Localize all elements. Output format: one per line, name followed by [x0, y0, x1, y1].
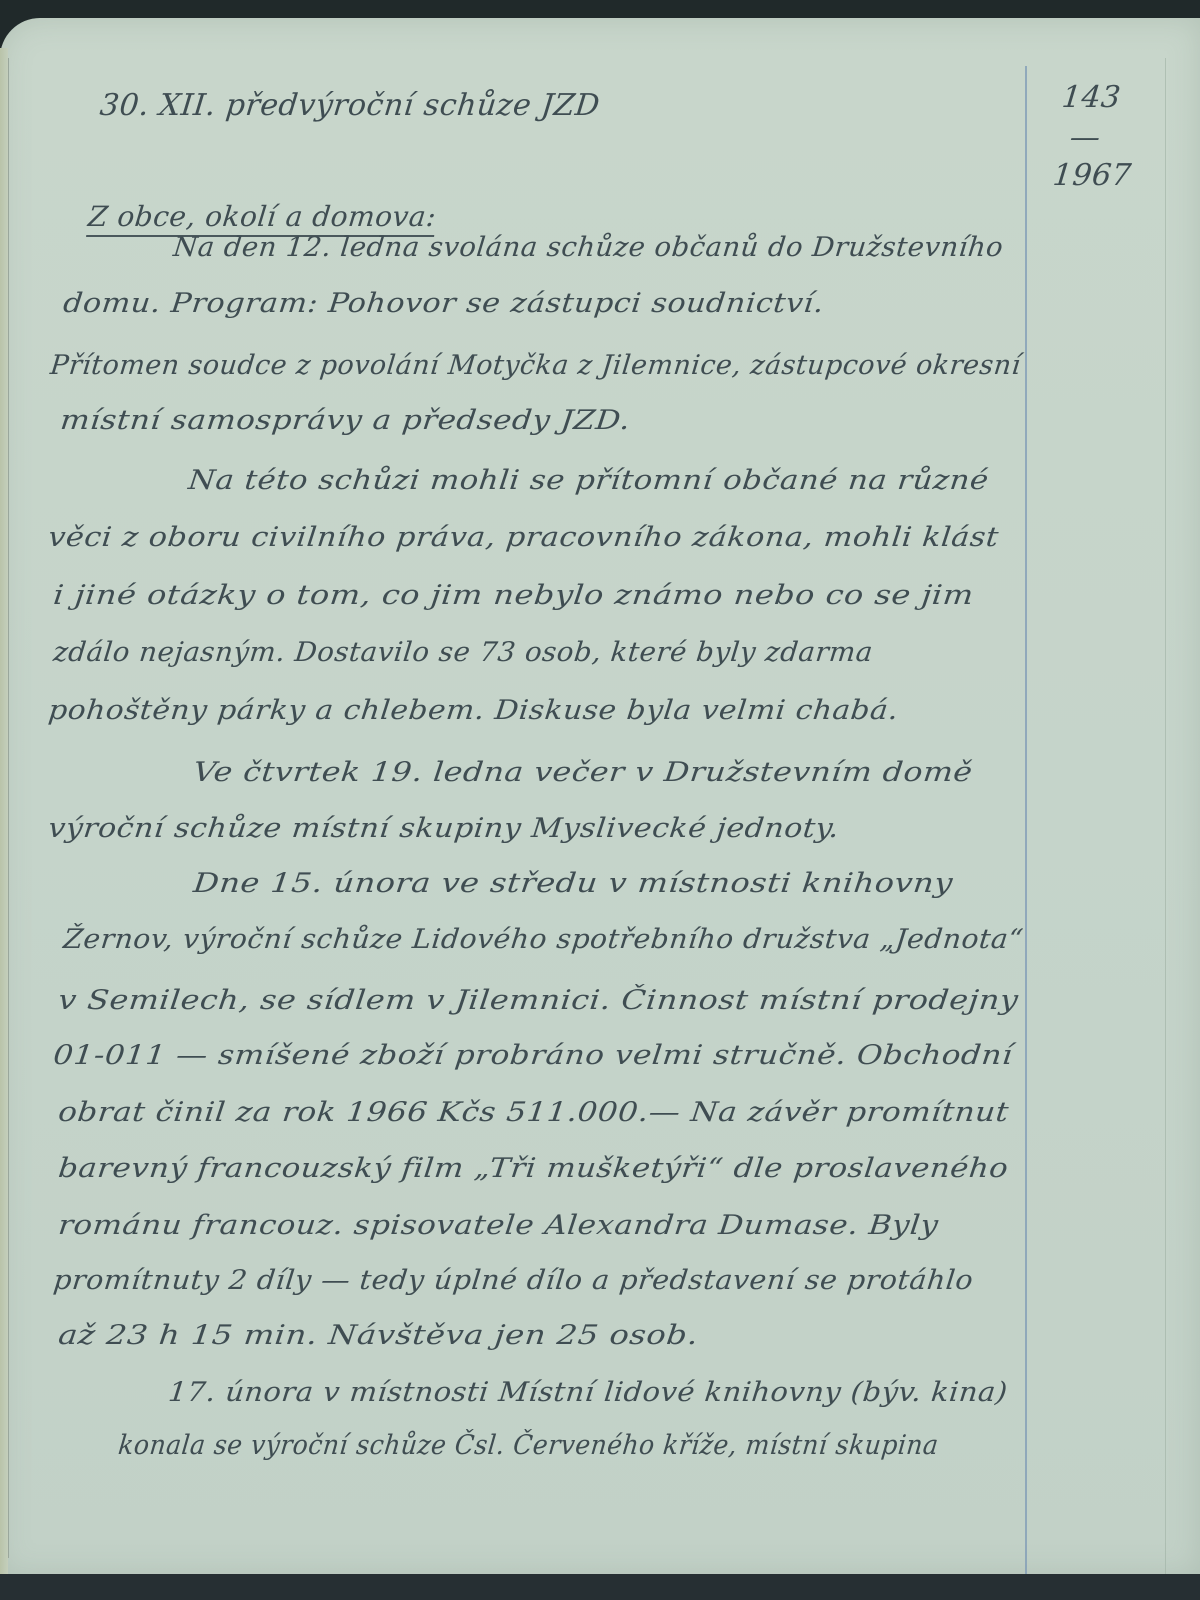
page-number-separator: —	[1068, 120, 1102, 155]
text-line: Přítomen soudce z povolání Motyčka z Jil…	[49, 350, 1023, 381]
margin-rule	[1025, 66, 1027, 1576]
text-line: věci z oboru civilního práva, pracovního…	[47, 522, 1001, 553]
outer-rule	[1165, 58, 1166, 1578]
text-line: domu. Program: Pohovor se zástupci soudn…	[62, 288, 826, 319]
text-line: i jiné otázky o tom, co jim nebylo známo…	[52, 580, 975, 611]
text-line: 17. února v místnosti Místní lidové knih…	[167, 1377, 1009, 1408]
text-line: románu francouz. spisovatele Alexandra D…	[57, 1210, 940, 1241]
text-line: až 23 h 15 min. Návštěva jen 25 osob.	[57, 1320, 700, 1351]
text-line: konala se výroční schůze Čsl. Červeného …	[117, 1430, 940, 1461]
spine-line	[8, 58, 9, 1558]
text-line: promítnuty 2 díly — tedy úplné dílo a př…	[52, 1265, 975, 1296]
text-line: Na den 12. ledna svolána schůze občanů d…	[172, 232, 1005, 263]
text-line: místní samosprávy a předsedy JZD.	[59, 405, 632, 436]
page-number: 143	[1060, 80, 1122, 115]
text-line: Ve čtvrtek 19. ledna večer v Družstevním…	[192, 757, 974, 788]
text-line: výroční schůze místní skupiny Myslivecké…	[47, 813, 841, 844]
chronicle-year: 1967	[1051, 158, 1133, 193]
chronicle-page: 143 — 1967 30. XII. předvýroční schůze J…	[0, 18, 1200, 1576]
text-line: Na této schůzi mohli se přítomní občané …	[187, 465, 991, 496]
entry-heading: 30. XII. předvýroční schůze JZD	[98, 88, 601, 123]
text-line: 01-011 — smíšené zboží probráno velmi st…	[52, 1040, 1014, 1071]
text-line: zdálo nejasným. Dostavilo se 73 osob, kt…	[52, 637, 875, 668]
text-line: barevný francouzský film „Tři mušketýři“…	[57, 1153, 1010, 1184]
text-line: Dne 15. února ve středu v místnosti knih…	[192, 868, 955, 899]
text-line: obrat činil za rok 1966 Kčs 511.000.— Na…	[57, 1097, 1011, 1128]
text-line: pohoštěny párky a chlebem. Diskuse byla …	[47, 695, 900, 726]
page-bottom-edge	[0, 1574, 1200, 1600]
text-line: Žernov, výroční schůze Lidového spotřebn…	[62, 924, 1025, 955]
text-line: v Semilech, se sídlem v Jilemnici. Činno…	[57, 985, 1020, 1016]
page-binding	[0, 48, 8, 1588]
